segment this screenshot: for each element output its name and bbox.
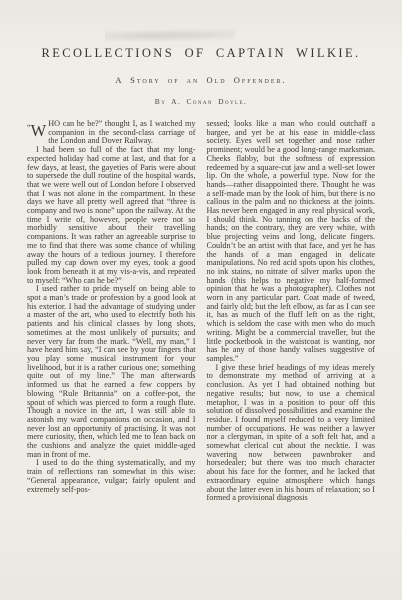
scan-smudge: [105, 28, 235, 44]
right-column: sessed; looks like a man who could outch…: [207, 120, 376, 558]
story-title: RECOLLECTIONS OF CAPTAIN WILKIE.: [27, 46, 375, 61]
drop-cap-group: “W: [27, 120, 46, 141]
book-page: RECOLLECTIONS OF CAPTAIN WILKIE. A Story…: [0, 0, 402, 600]
paragraph: I used rather to pride myself on being a…: [27, 285, 196, 459]
byline: By A. Conan Doyle.: [27, 97, 375, 106]
two-column-text: “WHO can he be?” thought I, as I watched…: [27, 120, 375, 558]
paragraph-continuation: sessed; looks like a man who could outch…: [207, 120, 376, 364]
story-subtitle: A Story of an Old Offender.: [27, 75, 375, 85]
paragraph-opening: “WHO can he be?” thought I, as I watched…: [27, 120, 196, 146]
paragraph: I used to do the thing systematically, a…: [27, 459, 196, 494]
paragraph-opening-text: HO can he be?” thought I, as I watched m…: [48, 120, 195, 145]
left-column: “WHO can he be?” thought I, as I watched…: [27, 120, 196, 558]
paragraph: I give these brief headings of my ideas …: [207, 364, 376, 503]
paragraph: I had been so full of the fact that my l…: [27, 146, 196, 285]
drop-cap: W: [31, 121, 47, 140]
